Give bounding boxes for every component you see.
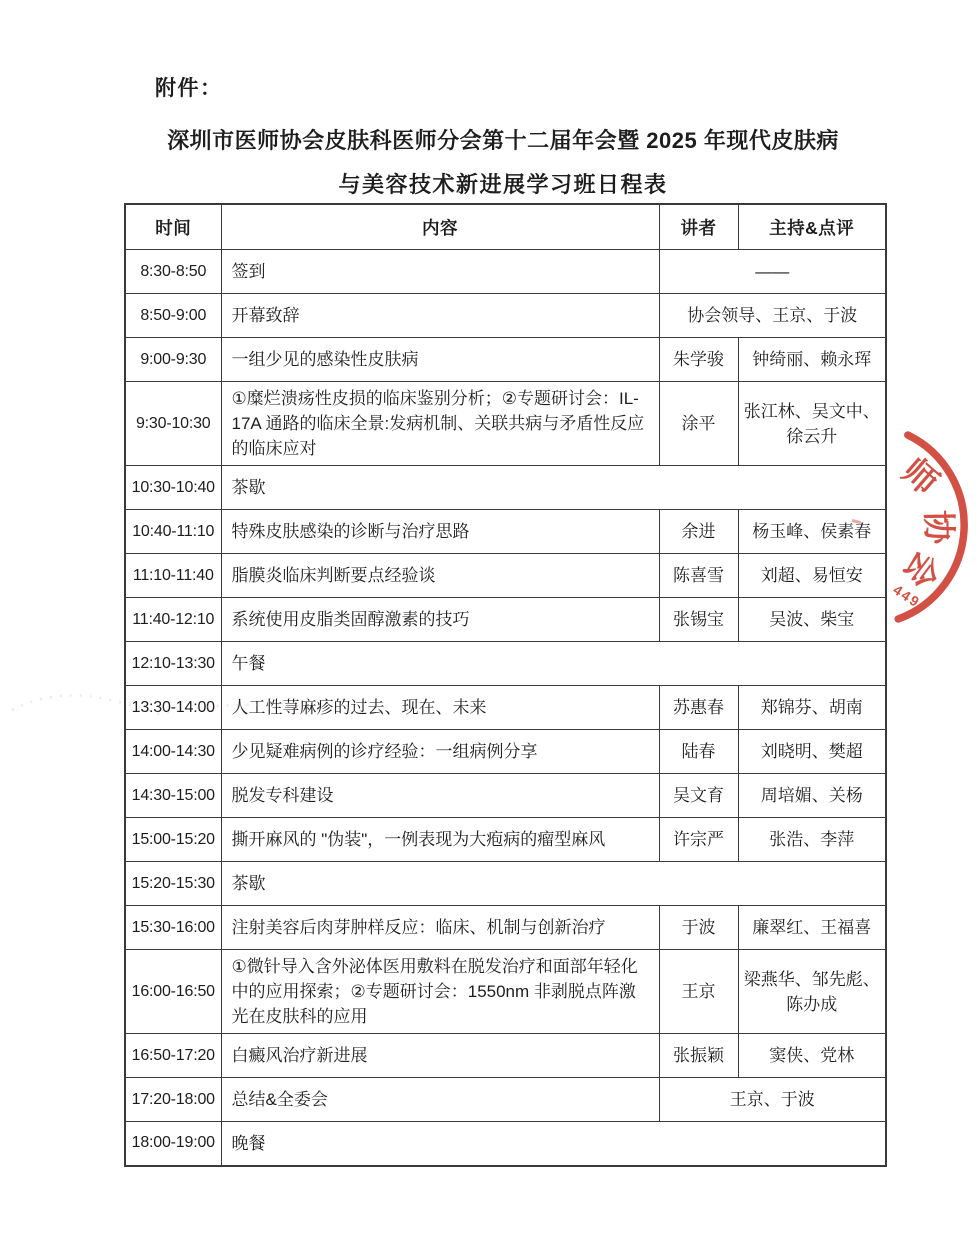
schedule-row: 10:40-11:10特殊皮肤感染的诊断与治疗思路余进杨玉峰、侯素春 — [125, 510, 886, 554]
time-cell: 10:30-10:40 — [125, 466, 221, 510]
content-cell: 白癜风治疗新进展 — [221, 1034, 659, 1078]
speaker-cell: 余进 — [659, 510, 738, 554]
seal-arc — [898, 435, 964, 619]
schedule-row: 15:20-15:30茶歇 — [125, 862, 886, 906]
time-cell: 12:10-13:30 — [125, 642, 221, 686]
speaker-cell: 朱学骏 — [659, 338, 738, 382]
schedule-row: 12:10-13:30午餐 — [125, 642, 886, 686]
content-cell: 撕开麻风的 "伪装"，一例表现为大疱病的瘤型麻风 — [221, 818, 659, 862]
time-cell: 17:20-18:00 — [125, 1078, 221, 1122]
content-cell: ①微针导入含外泌体医用敷料在脱发治疗和面部年轻化中的应用探索；②专题研讨会：15… — [221, 950, 659, 1034]
time-cell: 13:30-14:00 — [125, 686, 221, 730]
host-cell: 梁燕华、邹先彪、陈办成 — [738, 950, 886, 1034]
schedule-table: 时间 内容 讲者 主持&点评 8:30-8:50签到——8:50-9:00开幕致… — [124, 203, 887, 1167]
time-cell: 15:00-15:20 — [125, 818, 221, 862]
content-cell: 脂膜炎临床判断要点经验谈 — [221, 554, 659, 598]
content-cell: 注射美容后肉芽肿样反应：临床、机制与创新治疗 — [221, 906, 659, 950]
speaker-cell: 王京 — [659, 950, 738, 1034]
schedule-row: 8:30-8:50签到—— — [125, 250, 886, 294]
content-cell-full: 晚餐 — [221, 1122, 886, 1166]
time-cell: 11:40-12:10 — [125, 598, 221, 642]
seal-number: 449 — [890, 581, 923, 610]
speaker-cell: 苏惠春 — [659, 686, 738, 730]
time-cell: 11:10-11:40 — [125, 554, 221, 598]
speaker-cell: 张振颖 — [659, 1034, 738, 1078]
attachment-label: 附件： — [155, 72, 223, 102]
header-time: 时间 — [125, 204, 221, 250]
content-cell: 签到 — [221, 250, 659, 294]
content-cell: 总结&全委会 — [221, 1078, 659, 1122]
speaker-cell: 吴文育 — [659, 774, 738, 818]
time-cell: 15:20-15:30 — [125, 862, 221, 906]
speaker-cell: 于波 — [659, 906, 738, 950]
content-cell: 系统使用皮脂类固醇激素的技巧 — [221, 598, 659, 642]
schedule-row: 15:30-16:00注射美容后肉芽肿样反应：临床、机制与创新治疗于波廉翠红、王… — [125, 906, 886, 950]
header-host: 主持&点评 — [738, 204, 886, 250]
schedule-row: 8:50-9:00开幕致辞协会领导、王京、于波 — [125, 294, 886, 338]
header-speaker: 讲者 — [659, 204, 738, 250]
seal-char-2: 协 — [919, 510, 958, 547]
content-cell: 开幕致辞 — [221, 294, 659, 338]
title-line-1: 深圳市医师协会皮肤科医师分会第十二届年会暨 2025 年现代皮肤病 — [30, 124, 976, 155]
speaker-cell: 涂平 — [659, 382, 738, 466]
document-title: 深圳市医师协会皮肤科医师分会第十二届年会暨 2025 年现代皮肤病 与美容技术新… — [30, 124, 976, 199]
host-cell: 张浩、李萍 — [738, 818, 886, 862]
schedule-row: 18:00-19:00晚餐 — [125, 1122, 886, 1166]
host-cell: 刘超、易恒安 — [738, 554, 886, 598]
time-cell: 14:30-15:00 — [125, 774, 221, 818]
schedule-row: 14:30-15:00脱发专科建设吴文育周培媚、关杨 — [125, 774, 886, 818]
table-header-row: 时间 内容 讲者 主持&点评 — [125, 204, 886, 250]
seal-char-1: 师 — [895, 452, 946, 503]
header-content: 内容 — [221, 204, 659, 250]
schedule-row: 16:50-17:20白癜风治疗新进展张振颖窦侠、党林 — [125, 1034, 886, 1078]
host-cell: 窦侠、党林 — [738, 1034, 886, 1078]
content-cell-full: 午餐 — [221, 642, 886, 686]
host-cell: 郑锦芬、胡南 — [738, 686, 886, 730]
merged-speaker-host-cell: 协会领导、王京、于波 — [659, 294, 886, 338]
schedule-row: 13:30-14:00人工性荨麻疹的过去、现在、未来苏惠春郑锦芬、胡南 — [125, 686, 886, 730]
time-cell: 9:30-10:30 — [125, 382, 221, 466]
schedule-row: 9:00-9:30一组少见的感染性皮肤病朱学骏钟绮丽、赖永珲 — [125, 338, 886, 382]
seal-char-3: 会 — [896, 544, 947, 594]
host-cell: 钟绮丽、赖永珲 — [738, 338, 886, 382]
content-cell: 一组少见的感染性皮肤病 — [221, 338, 659, 382]
time-cell: 16:00-16:50 — [125, 950, 221, 1034]
time-cell: 18:00-19:00 — [125, 1122, 221, 1166]
schedule-row: 14:00-14:30少见疑难病例的诊疗经验：一组病例分享陆春刘晓明、樊超 — [125, 730, 886, 774]
schedule-row: 11:40-12:10系统使用皮脂类固醇激素的技巧张锡宝吴波、柴宝 — [125, 598, 886, 642]
schedule-row: 17:20-18:00总结&全委会王京、于波 — [125, 1078, 886, 1122]
merged-speaker-host-cell: —— — [659, 250, 886, 294]
merged-speaker-host-cell: 王京、于波 — [659, 1078, 886, 1122]
schedule-body: 8:30-8:50签到——8:50-9:00开幕致辞协会领导、王京、于波9:00… — [125, 250, 886, 1166]
host-cell: 刘晓明、樊超 — [738, 730, 886, 774]
host-cell: 周培媚、关杨 — [738, 774, 886, 818]
schedule-row: 15:00-15:20撕开麻风的 "伪装"，一例表现为大疱病的瘤型麻风许宗严张浩… — [125, 818, 886, 862]
host-cell: 廉翠红、王福喜 — [738, 906, 886, 950]
time-cell: 8:30-8:50 — [125, 250, 221, 294]
time-cell: 15:30-16:00 — [125, 906, 221, 950]
speaker-cell: 陆春 — [659, 730, 738, 774]
schedule-row: 16:00-16:50①微针导入含外泌体医用敷料在脱发治疗和面部年轻化中的应用探… — [125, 950, 886, 1034]
content-cell: 脱发专科建设 — [221, 774, 659, 818]
speaker-cell: 许宗严 — [659, 818, 738, 862]
content-cell: 特殊皮肤感染的诊断与治疗思路 — [221, 510, 659, 554]
time-cell: 14:00-14:30 — [125, 730, 221, 774]
document-page: 附件： 深圳市医师协会皮肤科医师分会第十二届年会暨 2025 年现代皮肤病 与美… — [0, 0, 976, 1239]
speaker-cell: 张锡宝 — [659, 598, 738, 642]
content-cell: 少见疑难病例的诊疗经验：一组病例分享 — [221, 730, 659, 774]
content-cell-full: 茶歇 — [221, 862, 886, 906]
schedule-row: 10:30-10:40茶歇 — [125, 466, 886, 510]
content-cell: ①糜烂溃疡性皮损的临床鉴别分析；②专题研讨会：IL-17A 通路的临床全景:发病… — [221, 382, 659, 466]
content-cell-full: 茶歇 — [221, 466, 886, 510]
time-cell: 8:50-9:00 — [125, 294, 221, 338]
schedule-row: 9:30-10:30①糜烂溃疡性皮损的临床鉴别分析；②专题研讨会：IL-17A … — [125, 382, 886, 466]
time-cell: 10:40-11:10 — [125, 510, 221, 554]
host-cell: 吴波、柴宝 — [738, 598, 886, 642]
title-line-2: 与美容技术新进展学习班日程表 — [30, 168, 976, 199]
content-cell: 人工性荨麻疹的过去、现在、未来 — [221, 686, 659, 730]
speaker-cell: 陈喜雪 — [659, 554, 738, 598]
host-cell: 杨玉峰、侯素春 — [738, 510, 886, 554]
time-cell: 9:00-9:30 — [125, 338, 221, 382]
time-cell: 16:50-17:20 — [125, 1034, 221, 1078]
host-cell: 张江林、吴文中、徐云升 — [738, 382, 886, 466]
schedule-row: 11:10-11:40脂膜炎临床判断要点经验谈陈喜雪刘超、易恒安 — [125, 554, 886, 598]
